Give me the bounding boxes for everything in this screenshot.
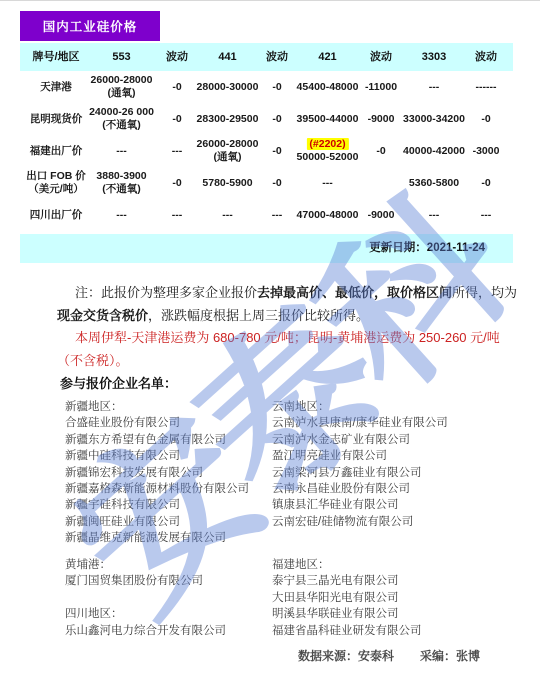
change-cell: --- xyxy=(151,199,203,231)
price-cell: (#2202)50000-52000 xyxy=(302,135,353,167)
price-cell: 47000-48000 xyxy=(302,199,353,231)
table-header-row: 牌号/地区 553 波动 441 波动 421 波动 3303 波动 xyxy=(20,43,513,71)
list-item: 厦门国贸集团股份有限公司 xyxy=(65,573,272,589)
change-cell: -0 xyxy=(252,103,302,135)
participants-xinjiang-column: 新疆地区：合盛硅业股份有限公司新疆东方希望有色金属有限公司新疆中硅科技有限公司新… xyxy=(65,399,272,547)
update-date-band: 更新日期：2021-11-24 xyxy=(20,234,513,263)
participants-heading: 参与报价企业名单： xyxy=(60,373,177,392)
change-cell: --- xyxy=(151,135,203,167)
change-cell: -0 xyxy=(252,135,302,167)
table-row-tianjin-port: 天津港 26000-28000(通氧) -0 28000-30000 -0 45… xyxy=(20,71,513,103)
price-cell: 28000-30000 xyxy=(203,71,252,103)
participants-fujian-column: 福建地区：泰宁县三晶光电有限公司大田县华阳光电有限公司明溪县华联硅业有限公司福建… xyxy=(272,557,532,639)
price-cell: 26000-28000(通氧) xyxy=(203,135,252,167)
list-item: 云南泸水金志矿业有限公司 xyxy=(272,432,532,448)
footer: 数据来源：安泰科采编：张博 xyxy=(298,647,480,664)
participants-block-1: 新疆地区：合盛硅业股份有限公司新疆东方希望有色金属有限公司新疆中硅科技有限公司新… xyxy=(65,399,532,547)
table-row-sichuan-exfactory: 四川出厂价 --- --- --- --- 47000-48000 -9000 … xyxy=(20,199,513,231)
price-cell: 40000-42000 xyxy=(409,135,459,167)
change-cell: -0 xyxy=(151,167,203,199)
list-item: 云南泸水县康南/康华硅业有限公司 xyxy=(272,415,532,431)
data-source-label: 数据来源：安泰科 xyxy=(298,649,394,663)
highlight-tag: (#2202) xyxy=(306,138,348,150)
row-label: 四川出厂价 xyxy=(20,199,92,231)
change-cell: -9000 xyxy=(353,199,409,231)
col-header-change-1: 波动 xyxy=(151,43,203,71)
list-item: 合盛硅业股份有限公司 xyxy=(65,415,272,431)
note-text: ，涨跌幅度根据上周三报价比较所得。 xyxy=(148,308,369,323)
change-cell: -0 xyxy=(151,71,203,103)
price-cell: 39500-44000 xyxy=(302,103,353,135)
list-item xyxy=(65,590,272,606)
row-label: 出口 FOB 价（美元/吨） xyxy=(20,167,92,199)
list-item: 云南梁河县万鑫硅业有限公司 xyxy=(272,465,532,481)
row-label: 昆明现货价 xyxy=(20,103,92,135)
price-cell: 45400-48000 xyxy=(302,71,353,103)
editor-label: 采编：张博 xyxy=(420,649,480,663)
price-cell: 28300-29500 xyxy=(203,103,252,135)
change-cell: -0 xyxy=(151,103,203,135)
list-item: 黄埔港： xyxy=(65,557,272,573)
list-item: 新疆嘉格森新能源材料股份有限公司 xyxy=(65,481,272,497)
col-header-3303: 3303 xyxy=(409,43,459,71)
note-text: 所得，均为 xyxy=(452,285,517,300)
page-title-label: 国内工业硅价格 xyxy=(43,17,138,35)
freight-note-paragraph: 本周伊犁-天津港运费为 680-780 元/吨；昆明-黄埔港运费为 250-26… xyxy=(57,327,519,372)
change-cell: -0 xyxy=(353,135,409,167)
list-item: 新疆锦宏科技发展有限公司 xyxy=(65,465,272,481)
change-cell: -0 xyxy=(459,103,513,135)
list-item: 新疆宇硅科技有限公司 xyxy=(65,497,272,513)
change-cell: -3000 xyxy=(459,135,513,167)
note-bold-text: 去掉最高价、最低价，取价格区间 xyxy=(257,285,452,300)
change-cell: -0 xyxy=(459,167,513,199)
participants-block-2: 黄埔港：厦门国贸集团股份有限公司 四川地区：乐山鑫河电力综合开发有限公司 福建地… xyxy=(65,557,532,639)
price-cell: 5780-5900 xyxy=(203,167,252,199)
table-row-fujian-exfactory: 福建出厂价 --- --- 26000-28000(通氧) -0 (#2202)… xyxy=(20,135,513,167)
col-header-421: 421 xyxy=(302,43,353,71)
list-item: 新疆东方希望有色金属有限公司 xyxy=(65,432,272,448)
price-cell: 33000-34200 xyxy=(409,103,459,135)
participants-yunnan-column: 云南地区：云南泸水县康南/康华硅业有限公司云南泸水金志矿业有限公司盈江明亮硅业有… xyxy=(272,399,532,547)
list-item: 新疆中硅科技有限公司 xyxy=(65,448,272,464)
change-cell: -0 xyxy=(252,167,302,199)
col-header-553: 553 xyxy=(92,43,151,71)
col-header-change-4: 波动 xyxy=(459,43,513,71)
list-item: 明溪县华联硅业有限公司 xyxy=(272,606,532,622)
list-item: 盈江明亮硅业有限公司 xyxy=(272,448,532,464)
list-item: 云南永昌硅业股份有限公司 xyxy=(272,481,532,497)
row-label: 福建出厂价 xyxy=(20,135,92,167)
price-cell: 24000-26 000(不通氧) xyxy=(92,103,151,135)
update-date-label: 更新日期：2021-11-24 xyxy=(369,242,485,254)
change-cell xyxy=(353,167,409,199)
notes-section: 注：此报价为整理多家企业报价去掉最高价、最低价，取价格区间所得，均为现金交货含税… xyxy=(57,282,519,372)
col-header-change-3: 波动 xyxy=(353,43,409,71)
price-table: 牌号/地区 553 波动 441 波动 421 波动 3303 波动 天津港 2… xyxy=(20,43,513,231)
change-cell: --- xyxy=(459,199,513,231)
col-header-change-2: 波动 xyxy=(252,43,302,71)
change-cell: --- xyxy=(252,199,302,231)
col-header-grade-region: 牌号/地区 xyxy=(20,43,92,71)
row-label: 天津港 xyxy=(20,71,92,103)
change-cell: -9000 xyxy=(353,103,409,135)
list-item: 云南地区： xyxy=(272,399,532,415)
list-item: 大田县华阳光电有限公司 xyxy=(272,590,532,606)
table-row-kunming-spot: 昆明现货价 24000-26 000(不通氧) -0 28300-29500 -… xyxy=(20,103,513,135)
price-cell: --- xyxy=(302,167,353,199)
list-item: 福建省晶科硅业研发有限公司 xyxy=(272,623,532,639)
list-item: 新疆晶维克新能源发展有限公司 xyxy=(65,530,272,546)
list-item: 新疆地区： xyxy=(65,399,272,415)
list-item: 四川地区： xyxy=(65,606,272,622)
change-cell: ------ xyxy=(459,71,513,103)
list-item: 乐山鑫河电力综合开发有限公司 xyxy=(65,623,272,639)
list-item: 泰宁县三晶光电有限公司 xyxy=(272,573,532,589)
list-item: 福建地区： xyxy=(272,557,532,573)
price-cell: 26000-28000(通氧) xyxy=(92,71,151,103)
page-title: 国内工业硅价格 xyxy=(20,11,160,41)
price-cell: --- xyxy=(92,199,151,231)
price-cell: --- xyxy=(92,135,151,167)
price-cell: 3880-3900(不通氧) xyxy=(92,167,151,199)
col-header-441: 441 xyxy=(203,43,252,71)
price-cell: --- xyxy=(203,199,252,231)
note-bold-text: 现金交货含税价 xyxy=(57,308,148,323)
price-cell: --- xyxy=(409,71,459,103)
table-row-export-fob: 出口 FOB 价（美元/吨） 3880-3900(不通氧) -0 5780-59… xyxy=(20,167,513,199)
note-text: 注：此报价为整理多家企业报价 xyxy=(75,285,257,300)
note-paragraph: 注：此报价为整理多家企业报价去掉最高价、最低价，取价格区间所得，均为现金交货含税… xyxy=(57,282,519,327)
price-cell: --- xyxy=(409,199,459,231)
change-cell: -11000 xyxy=(353,71,409,103)
list-item: 云南宏硅/硅储物流有限公司 xyxy=(272,514,532,530)
silicon-price-sheet: 安泰科 国内工业硅价格 牌号/地区 553 波动 441 波动 421 波动 3… xyxy=(0,0,540,685)
list-item: 新疆闽旺硅业有限公司 xyxy=(65,514,272,530)
list-item: 镇康县汇华硅业有限公司 xyxy=(272,497,532,513)
change-cell: -0 xyxy=(252,71,302,103)
price-cell: 5360-5800 xyxy=(409,167,459,199)
participants-huangpu-sichuan-column: 黄埔港：厦门国贸集团股份有限公司 四川地区：乐山鑫河电力综合开发有限公司 xyxy=(65,557,272,639)
